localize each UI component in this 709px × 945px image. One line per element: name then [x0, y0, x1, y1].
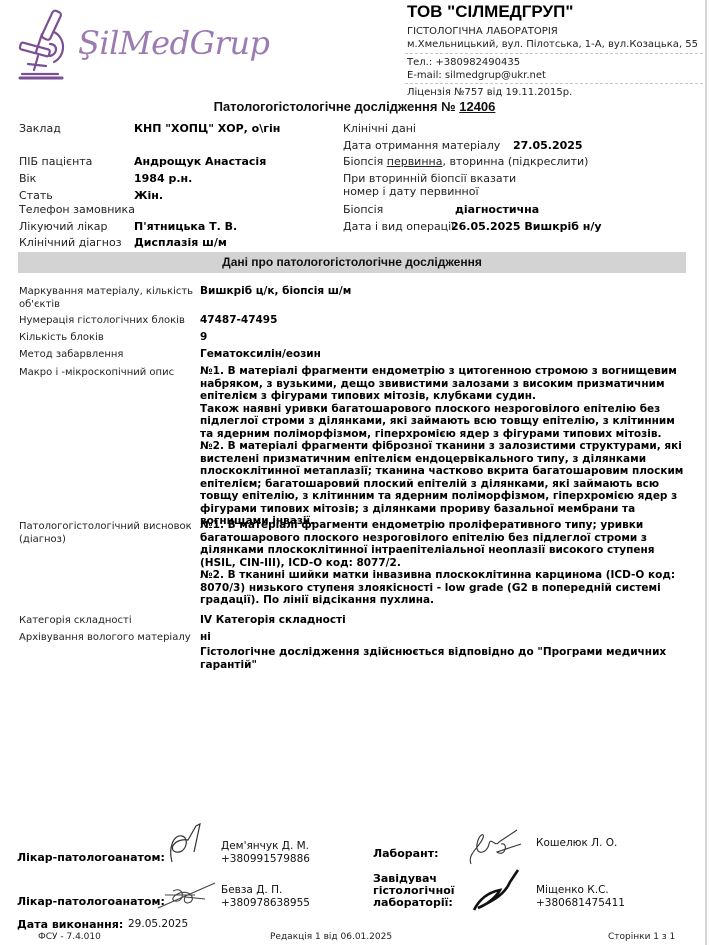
revision: Редакція 1 від 06.01.2025 — [270, 932, 392, 942]
operation-label: Дата і вид операції — [343, 220, 454, 234]
biopsy-label: Біопсія — [343, 203, 383, 217]
operation-value: 26.05.2025 Вишкріб н/у — [451, 220, 602, 234]
block-count-value: 9 — [200, 331, 690, 344]
biopsy-type-primary: первинна — [387, 155, 443, 168]
secondary-biopsy-note-1: При вторинній біопсії вказати — [343, 172, 516, 186]
head-phone: +380681475411 — [536, 897, 625, 910]
section-header: Дані про патологогістологічне дослідженн… — [18, 252, 686, 273]
lab-assistant-label: Лаборант: — [373, 847, 438, 860]
logo-text: ŞilMedGrup — [78, 24, 270, 62]
customer-phone-label: Телефон замовника — [19, 203, 135, 217]
divider — [405, 83, 703, 84]
title-text: Патологогістологічне дослідження № — [214, 99, 456, 114]
macro-micro-label: Макро і -мікроскопічний опис — [19, 366, 199, 379]
study-number: 12406 — [459, 99, 495, 114]
age-label: Вік — [19, 172, 36, 186]
staining-method-value: Гематоксилін/еозин — [200, 348, 690, 361]
completion-date-label: Дата виконання: — [17, 918, 123, 931]
pathologist2-phone: +380978638955 — [221, 897, 310, 910]
sex-label: Стать — [19, 189, 53, 203]
pathologist1-label: Лікар-патологоанатом: — [17, 851, 165, 864]
pathologist2-name: Бевза Д. П. — [221, 884, 282, 897]
staining-method-label: Метод забарвлення — [19, 348, 199, 361]
block-count-label: Кількість блоків — [19, 331, 199, 344]
page-title: Патологогістологічне дослідження № 12406 — [0, 99, 709, 114]
page-edge — [705, 0, 707, 945]
signature-icon — [160, 822, 210, 870]
pathologist2-label: Лікар-патологоанатом: — [17, 895, 165, 908]
head-name: Міщенко К.С. — [536, 884, 609, 897]
wet-archive-value: ні — [200, 631, 690, 644]
sex-value: Жін. — [134, 189, 163, 203]
material-marking-label: Маркування матеріалу, кількість об'єктів — [19, 285, 199, 311]
biopsy-value: діагностична — [455, 203, 539, 217]
material-marking-value: Вишкріб ц/к, біопсія ш/м — [200, 285, 690, 298]
biopsy-type-prefix: Біопсія — [343, 155, 387, 168]
pathologist1-name: Дем'янчук Д. М. — [221, 840, 309, 853]
attending-doctor-value: П'ятницька Т. В. — [134, 220, 237, 234]
lab-license: Ліцензія №757 від 19.11.2015р. — [407, 86, 572, 99]
patient-name-value: Андрощук Анастасія — [134, 155, 266, 169]
page-count: Сторінки 1 з 1 — [608, 932, 675, 942]
biopsy-type: Біопсія первинна, вторинна (підкреслити) — [343, 155, 588, 169]
attending-doctor-label: Лікуючий лікар — [19, 220, 108, 234]
received-date-label: Дата отримання матеріалу — [343, 139, 500, 153]
age-value: 1984 р.н. — [134, 172, 192, 186]
lab-phone: Тел.: +380982490435 — [407, 56, 520, 69]
complexity-value: IV Категорія складності — [200, 614, 690, 627]
microscope-icon — [14, 4, 74, 84]
lab-email: E-mail: silmedgrup@ukr.net — [407, 69, 546, 82]
signature-icon — [465, 828, 525, 870]
lab-assistant-name: Кошелюк Л. О. — [536, 837, 617, 850]
conclusion-value: №1. В матеріалі фрагменти ендометрію про… — [200, 519, 690, 607]
biopsy-type-suffix: , вторинна (підкреслити) — [442, 155, 588, 168]
signature-icon — [470, 868, 520, 914]
received-date-value: 27.05.2025 — [513, 139, 583, 153]
signature-icon — [155, 873, 220, 913]
divider — [405, 53, 703, 54]
head-label-3: лабораторії: — [373, 896, 453, 909]
clinical-diagnosis-label: Клінічний діагноз — [19, 236, 122, 250]
block-numbering-label: Нумерація гістологічних блоків — [19, 314, 199, 327]
form-code: ФСУ - 7.4.010 — [38, 932, 101, 942]
company-logo: ŞilMedGrup — [14, 4, 274, 84]
program-note: Гістологічне дослідження здійснюється ві… — [200, 646, 690, 671]
conclusion-label: Патологогістологічний висновок (діагноз) — [19, 520, 194, 546]
institution-label: Заклад — [19, 122, 61, 136]
patient-name-label: ПІБ пацієнта — [19, 155, 92, 169]
clinical-diagnosis-value: Дисплазія ш/м — [134, 236, 227, 250]
pathologist1-phone: +380991579886 — [221, 853, 310, 866]
macro-micro-value: №1. В матеріалі фрагменти ендометрію з ц… — [200, 365, 690, 528]
wet-archive-label: Архівування вологого матеріалу — [19, 631, 199, 644]
institution-value: КНП "ХОПЦ" ХОР, о\гін — [134, 122, 280, 136]
block-numbering-value: 47487-47495 — [200, 314, 690, 327]
clinical-data-label: Клінічні дані — [343, 122, 416, 136]
complexity-label: Категорія складності — [19, 614, 199, 627]
secondary-biopsy-note-2: номер і дату первинної — [343, 185, 479, 199]
lab-name: ГІСТОЛОГІЧНА ЛАБОРАТОРІЯ — [407, 25, 558, 38]
lab-address: м.Хмельницький, вул. Пілотська, 1-А, вул… — [407, 38, 698, 51]
company-name: ТОВ "СІЛМЕДГРУП" — [407, 2, 573, 22]
completion-date-value: 29.05.2025 — [128, 918, 188, 931]
